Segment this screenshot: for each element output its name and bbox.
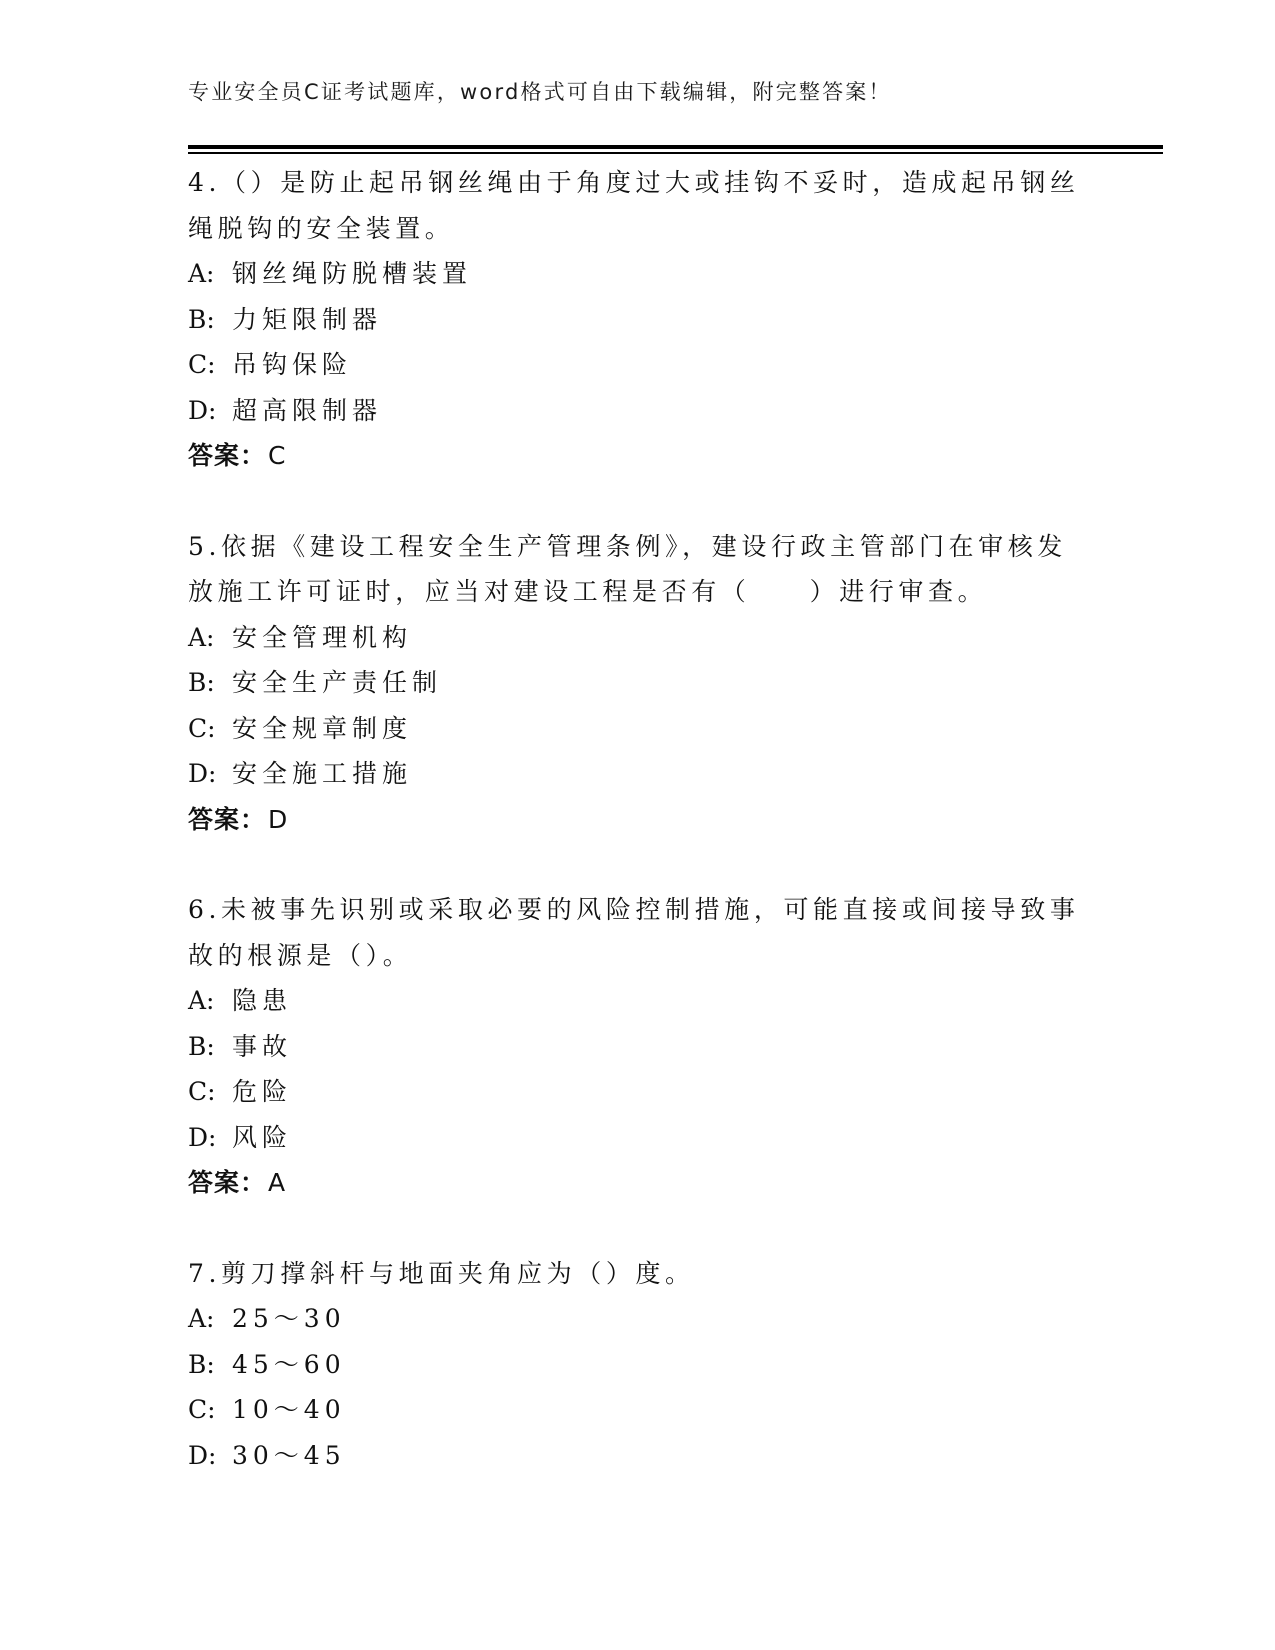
option-text: 安全施工措施 [232, 759, 412, 788]
answer-line: 答案：A [188, 1160, 1088, 1206]
option-key: A: [188, 615, 232, 661]
answer-label: 答案： [188, 805, 266, 834]
answer-label: 答案： [188, 441, 266, 470]
answer-line: 答案：D [188, 797, 1088, 843]
option-d: D:30～45 [188, 1433, 1088, 1479]
option-d: D:安全施工措施 [188, 751, 1088, 797]
question-list: 4.（）是防止起吊钢丝绳由于角度过大或挂钩不妥时，造成起吊钢丝 绳脱钩的安全装置… [188, 160, 1088, 1523]
page-header: 专业安全员C证考试题库，word格式可自由下载编辑，附完整答案！ [188, 76, 892, 108]
option-d: D:超高限制器 [188, 388, 1088, 434]
option-key: B: [188, 297, 232, 343]
option-c: C:10～40 [188, 1387, 1088, 1433]
option-d: D:风险 [188, 1115, 1088, 1161]
option-a: A:25～30 [188, 1296, 1088, 1342]
header-rule-thick [188, 145, 1163, 149]
option-key: C: [188, 1387, 232, 1433]
option-key: A: [188, 978, 232, 1024]
question-7: 7.剪刀撑斜杆与地面夹角应为（）度。 A:25～30 B:45～60 C:10～… [188, 1251, 1088, 1479]
option-a: A:隐患 [188, 978, 1088, 1024]
option-text: 危险 [232, 1077, 292, 1106]
answer-value: A [268, 1168, 286, 1197]
option-c: C:吊钩保险 [188, 342, 1088, 388]
option-key: D: [188, 751, 232, 797]
option-c: C:危险 [188, 1069, 1088, 1115]
option-text: 25～30 [232, 1304, 346, 1333]
option-key: B: [188, 660, 232, 706]
option-text: 安全管理机构 [232, 623, 412, 652]
header-rule-thin [188, 152, 1163, 154]
option-key: C: [188, 1069, 232, 1115]
option-text: 安全规章制度 [232, 714, 412, 743]
option-text: 吊钩保险 [232, 350, 352, 379]
option-text: 事故 [232, 1032, 292, 1061]
answer-label: 答案： [188, 1168, 266, 1197]
question-text-line: 故的根源是（）。 [188, 933, 1088, 979]
question-text-line: 放施工许可证时，应当对建设工程是否有（ ）进行审查。 [188, 569, 1088, 615]
question-text-line: 7.剪刀撑斜杆与地面夹角应为（）度。 [188, 1251, 1088, 1297]
option-b: B:事故 [188, 1024, 1088, 1070]
option-text: 钢丝绳防脱槽装置 [232, 259, 472, 288]
document-page: 专业安全员C证考试题库，word格式可自由下载编辑，附完整答案！ 4.（）是防止… [0, 0, 1275, 1650]
answer-value: D [268, 805, 288, 834]
option-key: C: [188, 706, 232, 752]
option-text: 30～45 [232, 1441, 346, 1470]
option-key: B: [188, 1342, 232, 1388]
option-text: 45～60 [232, 1350, 346, 1379]
question-text-line: 绳脱钩的安全装置。 [188, 206, 1088, 252]
option-key: B: [188, 1024, 232, 1070]
question-4: 4.（）是防止起吊钢丝绳由于角度过大或挂钩不妥时，造成起吊钢丝 绳脱钩的安全装置… [188, 160, 1088, 479]
option-a: A:钢丝绳防脱槽装置 [188, 251, 1088, 297]
option-key: A: [188, 1296, 232, 1342]
question-6: 6.未被事先识别或采取必要的风险控制措施，可能直接或间接导致事 故的根源是（）。… [188, 887, 1088, 1206]
option-text: 隐患 [232, 986, 292, 1015]
option-text: 安全生产责任制 [232, 668, 442, 697]
option-key: A: [188, 251, 232, 297]
option-b: B:45～60 [188, 1342, 1088, 1388]
question-text-line: 5.依据《建设工程安全生产管理条例》，建设行政主管部门在审核发 [188, 524, 1088, 570]
option-a: A:安全管理机构 [188, 615, 1088, 661]
option-b: B:安全生产责任制 [188, 660, 1088, 706]
question-5: 5.依据《建设工程安全生产管理条例》，建设行政主管部门在审核发 放施工许可证时，… [188, 524, 1088, 843]
option-text: 10～40 [232, 1395, 346, 1424]
option-key: D: [188, 1115, 232, 1161]
option-c: C:安全规章制度 [188, 706, 1088, 752]
option-key: C: [188, 342, 232, 388]
answer-value: C [268, 441, 286, 470]
option-key: D: [188, 1433, 232, 1479]
option-text: 力矩限制器 [232, 305, 382, 334]
question-text-line: 4.（）是防止起吊钢丝绳由于角度过大或挂钩不妥时，造成起吊钢丝 [188, 160, 1088, 206]
question-text-line: 6.未被事先识别或采取必要的风险控制措施，可能直接或间接导致事 [188, 887, 1088, 933]
answer-line: 答案：C [188, 433, 1088, 479]
option-text: 风险 [232, 1123, 292, 1152]
option-b: B:力矩限制器 [188, 297, 1088, 343]
option-text: 超高限制器 [232, 396, 382, 425]
option-key: D: [188, 388, 232, 434]
